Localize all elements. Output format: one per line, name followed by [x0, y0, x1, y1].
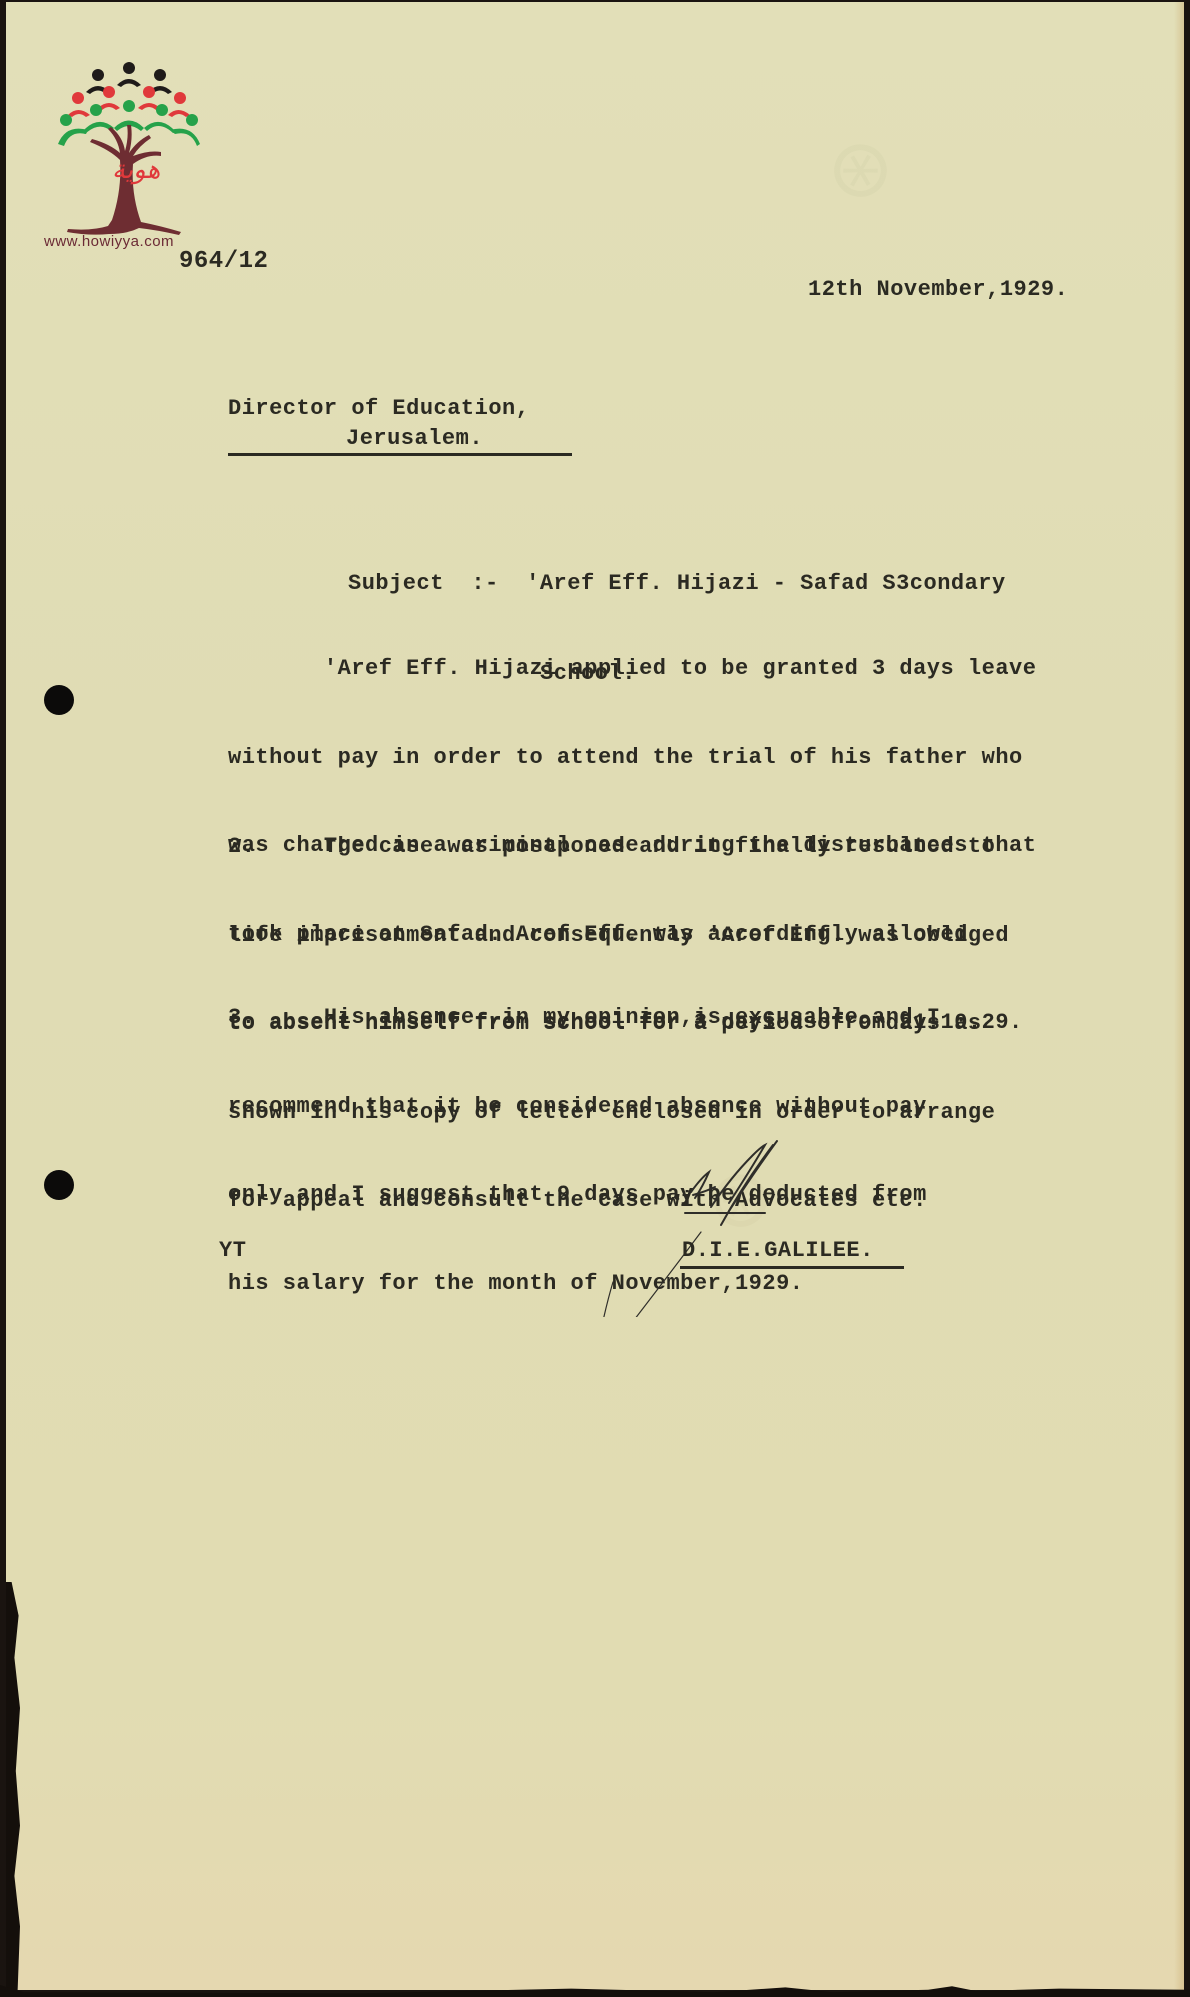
addressee-block: Director of Education, Jerusalem. — [228, 394, 529, 454]
handwritten-signature-icon — [561, 1137, 861, 1317]
addressee-line-2: Jerusalem. — [228, 424, 529, 454]
letter-date: 12th November,1929. — [808, 277, 1068, 302]
addressee-line-1: Director of Education, — [228, 394, 529, 424]
signer-title: D.I.E.GALILEE. — [682, 1238, 874, 1263]
paragraph-line: recommend that it be considered absence … — [228, 1092, 941, 1122]
howiyya-tree-logo-icon: هوية — [54, 60, 204, 240]
signer-underline — [680, 1266, 904, 1269]
punch-hole — [44, 1170, 74, 1200]
paragraph-line: 2. The case was postponed and it finally… — [228, 832, 1009, 862]
typist-initials: YT — [219, 1238, 246, 1263]
torn-paper-edge — [6, 1582, 20, 1990]
paragraph-line: 'Aref Eff. Hijazi applied to be granted … — [228, 654, 1036, 684]
svg-text:هوية: هوية — [112, 155, 161, 185]
subject-label: Subject :- — [348, 571, 499, 596]
paragraph-line: without pay in order to attend the trial… — [228, 743, 1036, 773]
letter-page: ⊛ ⊛ هوية www.howiyya.com 964/12 — [6, 2, 1184, 1990]
file-reference-number: 964/12 — [179, 248, 268, 275]
faint-watermark: ⊛ — [807, 112, 912, 227]
addressee-underline — [228, 453, 572, 456]
paragraph-line: 3. His absence ,in my opinion,is excusab… — [228, 1003, 941, 1033]
subject-line-1: 'Aref Eff. Hijazi - Safad S3condary — [526, 571, 1006, 596]
logo-url: www.howiyya.com — [44, 233, 174, 250]
punch-hole — [44, 685, 74, 715]
